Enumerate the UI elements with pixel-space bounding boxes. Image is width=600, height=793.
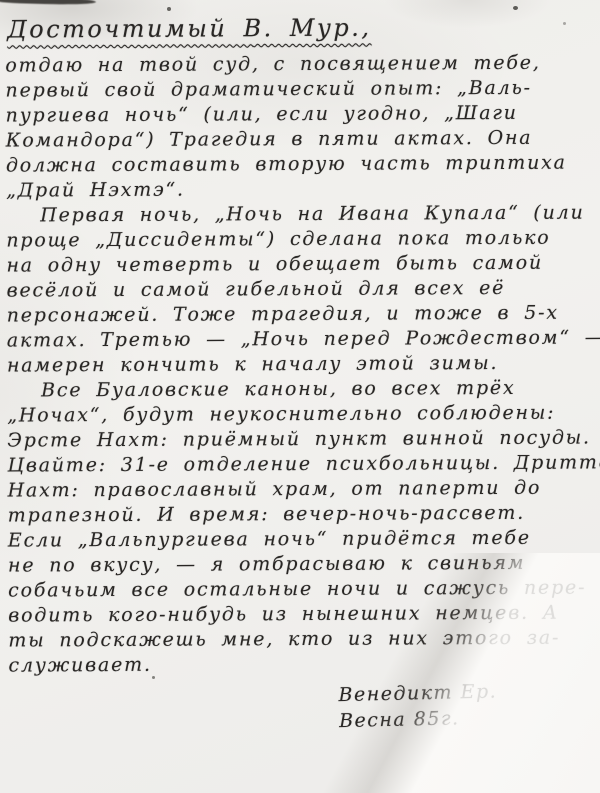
letter-line: намерен кончить к началу этой зимы. <box>7 350 596 378</box>
letter-line: актах. Третью — „Ночь перед Рождеством“ … <box>7 325 596 353</box>
letter-line: весёлой и самой гибельной для всех её <box>7 275 596 303</box>
signature-date: Весна 85г. <box>339 702 599 734</box>
paragraph: Все Буаловские каноны, во всех трёх„Ноча… <box>7 375 598 678</box>
letter-line: водить кого-нибудь из нынешних немцев. А <box>8 600 597 628</box>
letter-line: первый свой драматический опыт: „Валь- <box>5 75 594 103</box>
paragraph: Первая ночь, „Ночь на Ивана Купала“ (или… <box>6 200 596 378</box>
letter-line: трапезной. И время: вечер-ночь-рассвет. <box>8 500 597 528</box>
letter-line: на одну четверть и обещает быть самой <box>6 250 595 278</box>
letter-line: Цвайте: 31-е отделение психбольницы. Дри… <box>7 450 596 478</box>
scan-artifact-speck <box>513 6 518 10</box>
scan-artifact-speck <box>167 7 171 11</box>
letter-line: Нахт: православный храм, от паперти до <box>8 475 597 503</box>
letter-body: отдаю на твой суд, с посвящением тебе,пе… <box>5 50 597 678</box>
letter-line: отдаю на твой суд, с посвящением тебе, <box>5 50 594 78</box>
letter-line: Первая ночь, „Ночь на Ивана Купала“ (или <box>6 200 595 228</box>
paragraph: отдаю на твой суд, с посвящением тебе,пе… <box>5 50 595 203</box>
letter-line: персонажей. Тоже трагедия, и тоже в 5-х <box>7 300 596 328</box>
letter-line: служивает. <box>8 650 597 678</box>
letter-line: пургиева ночь“ (или, если угодно, „Шаги <box>6 100 595 128</box>
letter-line: не по вкусу, — я отбрасываю к свиньям <box>8 550 597 578</box>
letter-line: должна составить вторую часть триптиха <box>6 150 595 178</box>
letter-line: Все Буаловские каноны, во всех трёх <box>7 375 596 403</box>
letter-line: Если „Вальпургиева ночь“ придётся тебе <box>8 525 597 553</box>
letter-line: проще „Диссиденты“) сделана пока только <box>6 225 595 253</box>
signature-block: Венедикт Ер. Весна 85г. <box>338 676 598 734</box>
letter-line: „Ночах“, будут неукоснительно соблюдены: <box>7 400 596 428</box>
letter-line: ты подскажешь мне, кто из них этого за- <box>8 625 597 653</box>
scan-artifact-streak <box>0 0 96 5</box>
letter-page: Досточтимый В. Мур., отдаю на твой суд, … <box>0 0 600 793</box>
letter-content: Досточтимый В. Мур., отдаю на твой суд, … <box>5 12 598 733</box>
letter-line: Эрсте Нахт: приёмный пункт винной посуды… <box>7 425 596 453</box>
letter-line: собачьим все остальные ночи и сажусь пер… <box>8 575 597 603</box>
letter-line: „Драй Нэхтэ“. <box>6 175 595 203</box>
letter-line: Командора“) Трагедия в пяти актах. Она <box>6 125 595 153</box>
salutation: Досточтимый В. Мур., <box>7 12 594 43</box>
